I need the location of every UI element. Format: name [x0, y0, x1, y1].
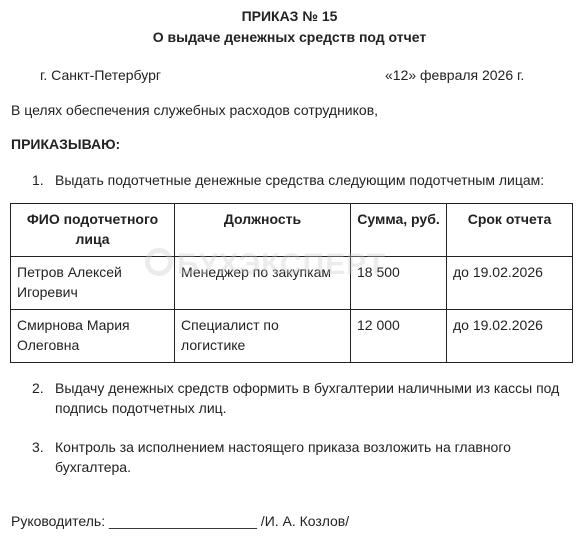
document-title: ПРИКАЗ № 15	[0, 8, 579, 24]
cell-amount: 18 500	[351, 257, 447, 310]
cell-deadline: до 19.02.2026	[447, 310, 573, 363]
item-text: Выдать подотчетные денежные средства сле…	[55, 170, 575, 190]
item-text: Выдачу денежных средств оформить в бухга…	[55, 378, 575, 418]
date: «12» февраля 2026 г.	[385, 67, 524, 83]
header-position: Должность	[175, 204, 351, 257]
intro-text: В целях обеспечения служебных расходов с…	[11, 102, 378, 118]
accountable-persons-table: ФИО подотчетного лица Должность Сумма, р…	[10, 203, 573, 363]
item-number: 3.	[32, 437, 44, 457]
cell-deadline: до 19.02.2026	[447, 257, 573, 310]
cell-fio: Петров Алексей Игоревич	[11, 257, 175, 310]
item-number: 1.	[32, 170, 44, 190]
order-word: ПРИКАЗЫВАЮ:	[11, 136, 120, 152]
document-subtitle: О выдаче денежных средств под отчет	[0, 29, 579, 45]
cell-amount: 12 000	[351, 310, 447, 363]
header-fio: ФИО подотчетного лица	[11, 204, 175, 257]
header-deadline: Срок отчета	[447, 204, 573, 257]
table-row: Смирнова Мария Олеговна Специалист по ло…	[11, 310, 573, 363]
cell-position: Специалист по логистике	[175, 310, 351, 363]
place: г. Санкт-Петербург	[40, 67, 161, 83]
table-row: Петров Алексей Игоревич Менеджер по заку…	[11, 257, 573, 310]
header-amount: Сумма, руб.	[351, 204, 447, 257]
item-text: Контроль за исполнением настоящего прика…	[55, 437, 575, 477]
item-number: 2.	[32, 378, 44, 398]
cell-fio: Смирнова Мария Олеговна	[11, 310, 175, 363]
signature-line: Руководитель: ___________________ /И. А.…	[11, 513, 349, 529]
cell-position: Менеджер по закупкам	[175, 257, 351, 310]
table-header-row: ФИО подотчетного лица Должность Сумма, р…	[11, 204, 573, 257]
